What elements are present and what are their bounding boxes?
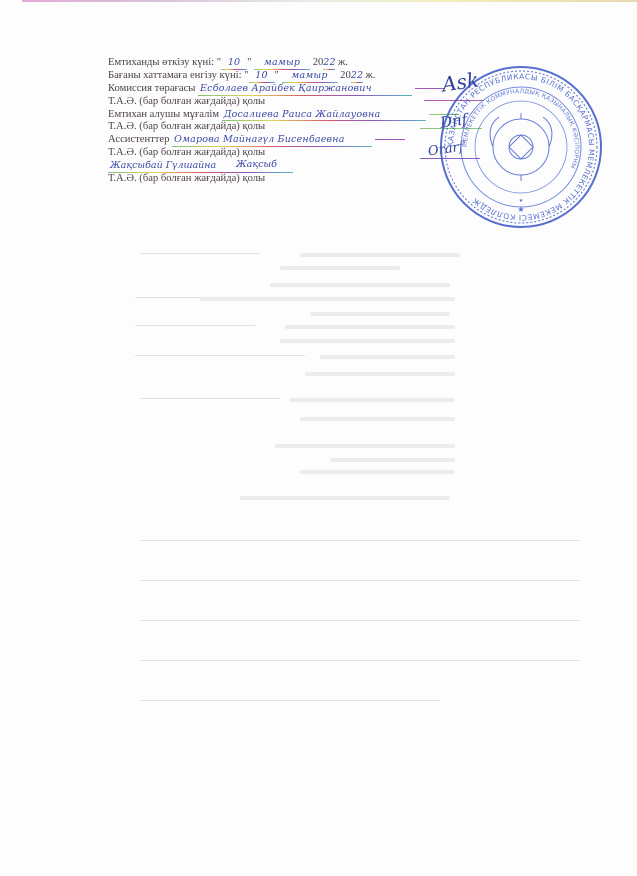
assistant-2-row: Жақсыбай Гүлшайна Жақсыб xyxy=(108,160,438,173)
bleed-rule xyxy=(140,540,580,541)
bleed-rule xyxy=(135,297,315,298)
assistant-1-signature-line xyxy=(375,139,405,140)
bleed-rule xyxy=(140,660,580,661)
bleed-rule xyxy=(135,355,305,356)
svg-text:★: ★ xyxy=(519,198,524,204)
exam-date-year-suffix: 22 xyxy=(323,57,335,70)
bleed-line xyxy=(240,496,450,500)
svg-text:★: ★ xyxy=(517,205,524,214)
bleed-line xyxy=(200,297,455,301)
chairman-row: Комиссия төрағасы Есболаев Арайбек Қаирж… xyxy=(108,83,438,96)
bleed-line xyxy=(300,470,455,474)
bleed-rule xyxy=(135,325,255,326)
protocol-date-label: Бағаны хаттамаға енгізу күні: " xyxy=(108,70,249,81)
assistant-2-name: Жақсыбай Гүлшайна xyxy=(110,160,216,173)
assistant-2-signature: Жақсыб xyxy=(236,159,277,172)
assistants-label: Ассистенттер xyxy=(108,134,172,145)
exam-date-year-unit: ж. xyxy=(335,57,348,68)
bleed-line xyxy=(300,253,460,257)
protocol-date-day: 10 xyxy=(249,70,275,83)
bleed-line xyxy=(270,283,450,287)
assistant-2-caption: Т.А.Ә. (бар болған жағдайда) қолы xyxy=(108,173,438,186)
bleed-rule xyxy=(140,700,440,701)
bleed-rule xyxy=(140,253,260,254)
bleed-line xyxy=(305,372,455,376)
protocol-date-month: мамыр xyxy=(282,70,338,83)
assistants-row: Ассистенттер Омарова Майнагүл Бисенбаевн… xyxy=(108,134,438,147)
bleed-rule xyxy=(140,620,580,621)
protocol-date-year-unit: ж. xyxy=(363,70,376,81)
assistant-1-name: Омарова Майнагүл Бисенбаевна xyxy=(172,134,372,147)
exam-date-row: Емтиханды өткізу күні: "10" мамыр 2022 ж… xyxy=(108,57,438,70)
svg-text:МЕМЛЕКЕТТІК КОММУНАЛДЫҚ ҚАЗЫНА: МЕМЛЕКЕТТІК КОММУНАЛДЫҚ ҚАЗЫНАЛЫҚ КӘСІПО… xyxy=(462,88,580,170)
bleed-line xyxy=(310,312,450,316)
bleed-rule xyxy=(140,580,580,581)
exam-signature-block: Емтиханды өткізу күні: "10" мамыр 2022 ж… xyxy=(108,57,438,186)
examiner-name: Досалиева Раиса Жайлауовна xyxy=(222,109,426,122)
exam-date-year-prefix: 20 xyxy=(313,57,324,68)
bleed-line xyxy=(280,339,455,343)
official-seal-stamp-icon: ҚАЗАҚСТАН РЕСПУБЛИКАСЫ БІЛІМ БАСҚАРМАСЫ … xyxy=(436,62,606,232)
bleed-line xyxy=(280,266,400,270)
protocol-date-year-prefix: 20 xyxy=(338,70,351,81)
exam-date-label: Емтиханды өткізу күні: " xyxy=(108,57,221,68)
bleed-line xyxy=(320,355,455,359)
page-top-edge xyxy=(22,0,637,2)
exam-date-day: 10 xyxy=(221,57,247,70)
examiner-label: Емтихан алушы мұғалім xyxy=(108,109,222,120)
protocol-date-row: Бағаны хаттамаға енгізу күні: "10" мамыр… xyxy=(108,70,438,83)
protocol-date-year-suffix: 22 xyxy=(351,70,363,83)
exam-date-quote: " xyxy=(247,57,254,68)
bleed-line xyxy=(290,398,455,402)
bleed-rule xyxy=(140,398,280,399)
chairman-label: Комиссия төрағасы xyxy=(108,83,198,94)
examiner-row: Емтихан алушы мұғалім Досалиева Раиса Жа… xyxy=(108,109,438,122)
chairman-name: Есболаев Арайбек Қаиржанович xyxy=(198,83,412,96)
examiner-caption: Т.А.Ә. (бар болған жағдайда) қолы xyxy=(108,121,438,134)
exam-date-month: мамыр xyxy=(254,57,310,70)
bleed-line xyxy=(275,444,455,448)
bleed-line xyxy=(300,417,455,421)
bleed-line xyxy=(330,458,455,462)
protocol-date-quote: " xyxy=(275,70,282,81)
bleed-line xyxy=(285,325,455,329)
chairman-caption: Т.А.Ә. (бар болған жағдайда) қолы xyxy=(108,96,438,109)
